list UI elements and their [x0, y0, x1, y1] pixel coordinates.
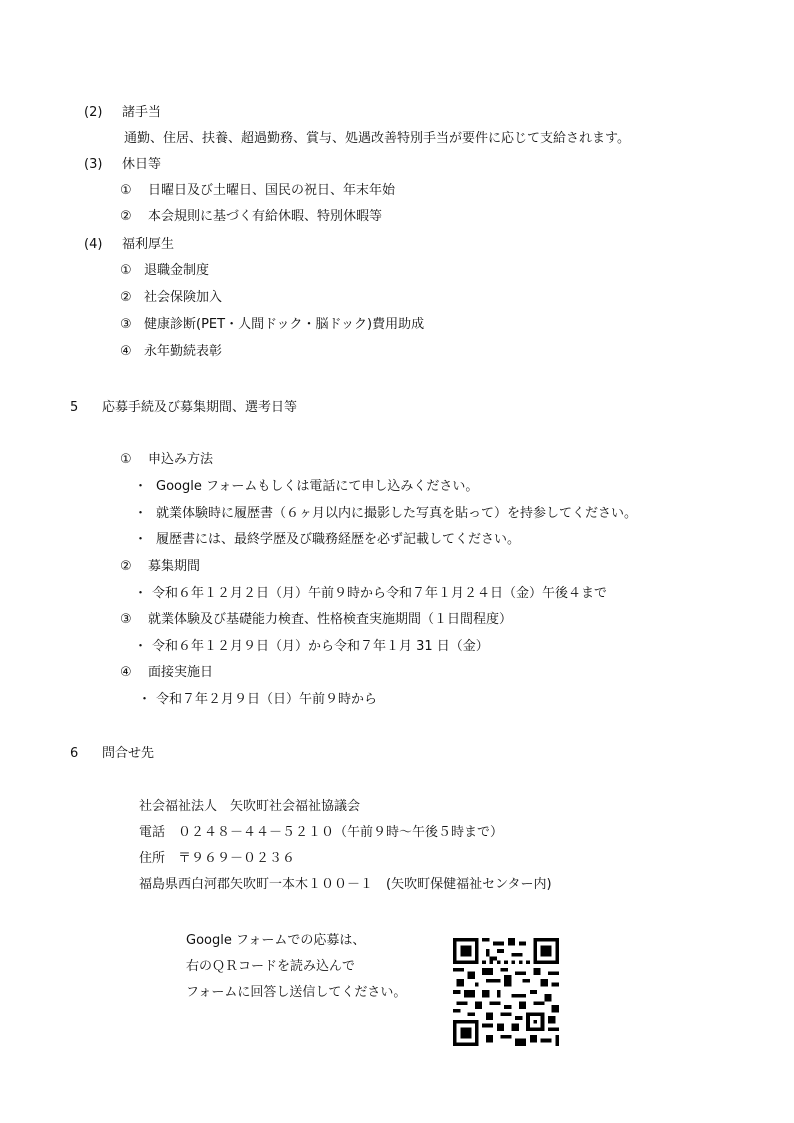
- bullet-item: ・令和７年２月９日（日）午前９時から: [138, 691, 377, 709]
- welfare-heading: (4)福利厚生: [84, 236, 174, 254]
- heading-title: 福利厚生: [122, 237, 174, 252]
- item-marker: ③: [120, 316, 144, 334]
- subsection-heading: ②募集期間: [120, 558, 200, 576]
- item-marker: ③: [120, 611, 148, 629]
- section-number: 5: [70, 399, 102, 417]
- bullet-icon: ・: [138, 691, 156, 709]
- bullet-icon: ・: [134, 505, 156, 523]
- section-title: 応募手続及び募集期間、選考日等: [102, 400, 297, 415]
- section-5-heading: 5応募手続及び募集期間、選考日等: [70, 399, 297, 417]
- list-item: ②本会規則に基づく有給休暇、特別休暇等: [120, 208, 382, 226]
- contact-phone: 電話 ０２４８－４４－５２１０（午前９時～午後５時まで）: [139, 824, 503, 842]
- qr-note-line: Google フォームでの応募は、: [186, 932, 365, 950]
- heading-title: 諸手当: [122, 105, 161, 120]
- item-title: 募集期間: [148, 559, 200, 574]
- qr-note-line: 右のＱＲコードを読み込んで: [186, 958, 355, 976]
- qr-code-icon[interactable]: [453, 938, 559, 1046]
- item-text: 退職金制度: [144, 263, 209, 278]
- item-marker: ④: [120, 343, 144, 361]
- bullet-icon: ・: [134, 531, 156, 549]
- item-text: 日曜日及び土曜日、国民の祝日、年末年始: [148, 183, 395, 198]
- item-text: 社会保険加入: [144, 290, 222, 305]
- subsection-heading: ①申込み方法: [120, 451, 213, 469]
- holidays-heading: (3)休日等: [84, 156, 161, 174]
- subsection-heading: ③就業体験及び基礎能力検査、性格検査実施期間（１日間程度）: [120, 611, 512, 629]
- bullet-icon: ・: [134, 585, 152, 603]
- item-marker: ②: [120, 558, 148, 576]
- bullet-text: 令和６年１２月２日（月）午前９時から令和７年１月２４日（金）午後４まで: [152, 586, 607, 601]
- bullet-item: ・就業体験時に履歴書（６ヶ月以内に撮影した写真を貼って）を持参してください。: [134, 505, 637, 523]
- bullet-item: ・Google フォームもしくは電話にて申し込みください。: [134, 478, 478, 496]
- item-text: 本会規則に基づく有給休暇、特別休暇等: [148, 209, 382, 224]
- subsection-heading: ④面接実施日: [120, 664, 213, 682]
- item-marker: ①: [120, 262, 144, 280]
- allowances-heading: (2)諸手当: [84, 104, 161, 122]
- contact-organization: 社会福祉法人 矢吹町社会福祉協議会: [139, 798, 360, 816]
- heading-title: 休日等: [122, 157, 161, 172]
- item-marker: ②: [120, 289, 144, 307]
- item-marker: ①: [120, 451, 148, 469]
- bullet-text: 履歴書には、最終学歴及び職務経歴を必ず記載してください。: [156, 532, 520, 547]
- list-item: ④永年勤続表彰: [120, 343, 222, 361]
- bullet-icon: ・: [134, 478, 156, 496]
- bullet-icon: ・: [134, 638, 152, 656]
- item-marker: ②: [120, 208, 148, 226]
- bullet-item: ・履歴書には、最終学歴及び職務経歴を必ず記載してください。: [134, 531, 520, 549]
- item-text: 健康診断(PET・人間ドック・脳ドック)費用助成: [144, 317, 424, 332]
- bullet-text: Google フォームもしくは電話にて申し込みください。: [156, 479, 478, 494]
- item-title: 申込み方法: [148, 452, 213, 467]
- item-marker: ④: [120, 664, 148, 682]
- item-title: 就業体験及び基礎能力検査、性格検査実施期間（１日間程度）: [148, 612, 512, 627]
- item-marker: ①: [120, 182, 148, 200]
- contact-postal-code: 住所 〒９６９－０２３６: [139, 850, 295, 868]
- list-item: ②社会保険加入: [120, 289, 222, 307]
- bullet-text: 令和７年２月９日（日）午前９時から: [156, 692, 377, 707]
- heading-number: (3): [84, 156, 122, 174]
- item-text: 永年勤続表彰: [144, 344, 222, 359]
- section-number: 6: [70, 745, 102, 763]
- contact-address: 福島県西白河郡矢吹町一本木１００－１ (矢吹町保健福祉センター内): [139, 876, 552, 894]
- qr-note-line: フォームに回答し送信してください。: [186, 984, 406, 1002]
- heading-number: (4): [84, 236, 122, 254]
- heading-number: (2): [84, 104, 122, 122]
- list-item: ①退職金制度: [120, 262, 209, 280]
- bullet-text: 就業体験時に履歴書（６ヶ月以内に撮影した写真を貼って）を持参してください。: [156, 506, 637, 521]
- allowances-body: 通勤、住居、扶養、超過勤務、賞与、処遇改善特別手当が要件に応じて支給されます。: [124, 130, 630, 148]
- bullet-text: 令和６年１２月９日（月）から令和７年１月 31 日（金）: [152, 639, 489, 654]
- section-6-heading: 6問合せ先: [70, 745, 154, 763]
- list-item: ③健康診断(PET・人間ドック・脳ドック)費用助成: [120, 316, 424, 334]
- bullet-item: ・令和６年１２月９日（月）から令和７年１月 31 日（金）: [134, 638, 489, 656]
- list-item: ①日曜日及び土曜日、国民の祝日、年末年始: [120, 182, 395, 200]
- bullet-item: ・令和６年１２月２日（月）午前９時から令和７年１月２４日（金）午後４まで: [134, 585, 607, 603]
- section-title: 問合せ先: [102, 746, 154, 761]
- item-title: 面接実施日: [148, 665, 213, 680]
